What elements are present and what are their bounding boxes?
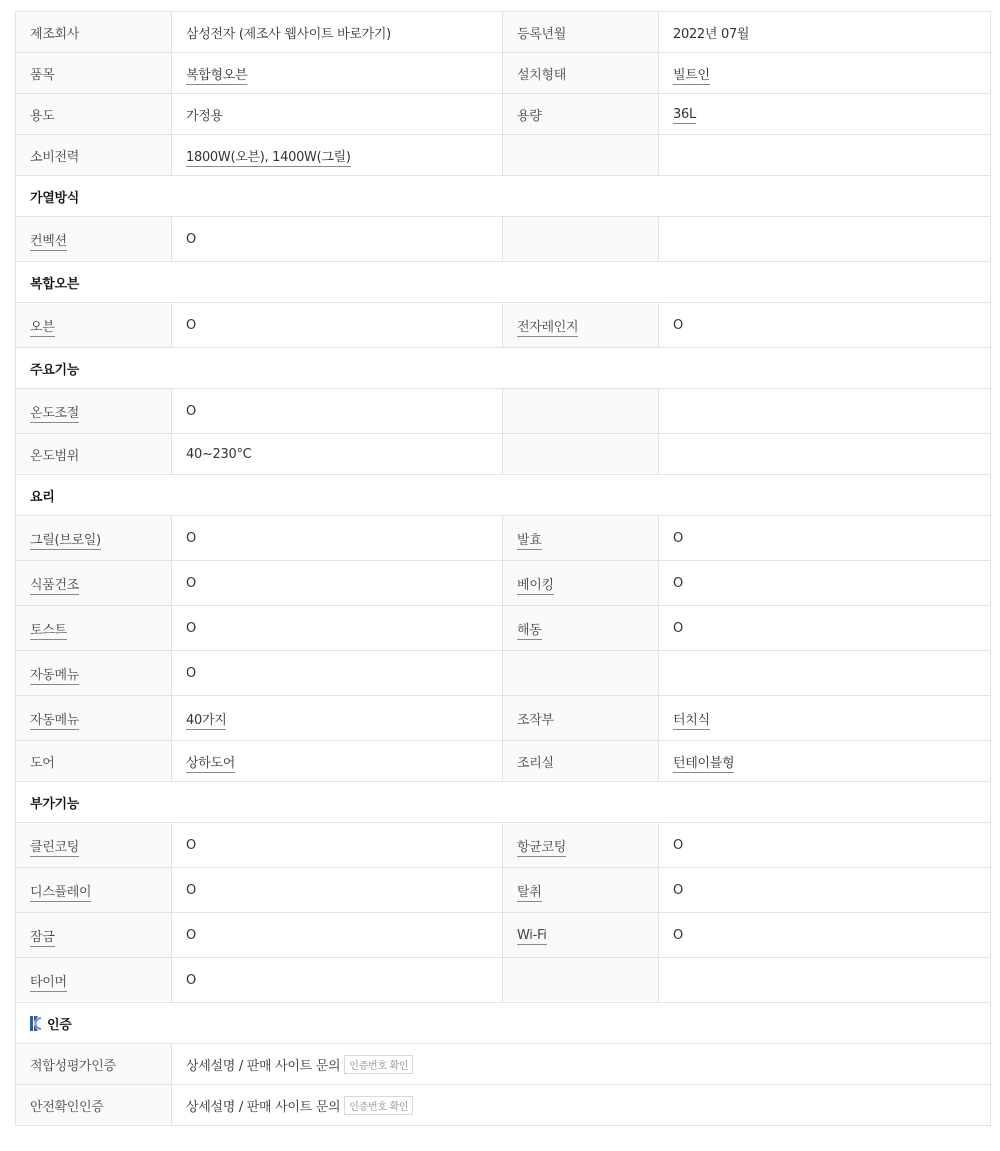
check-cert-number-button[interactable]: 인증번호 확인 — [344, 1096, 413, 1115]
section-combo-oven: 복합오븐 — [16, 262, 991, 303]
value-power-link[interactable]: 1800W(오븐), 1400W(그릴) — [186, 150, 351, 167]
value-auto-menu: O — [172, 651, 503, 696]
label-wifi-link[interactable]: Wi-Fi — [517, 928, 547, 945]
value-lock: O — [172, 913, 503, 958]
value-auto-menu-count-link[interactable]: 40가지 — [186, 713, 226, 730]
section-title-main-features: 주요기능 — [16, 348, 991, 389]
label-temp-control-link[interactable]: 온도조절 — [30, 406, 79, 423]
value-grill: O — [172, 516, 503, 561]
label-auto-menu-link[interactable]: 자동메뉴 — [30, 668, 79, 685]
label-power: 소비전력 — [16, 135, 172, 176]
value-clean-coating: O — [172, 823, 503, 868]
label-ferment-link[interactable]: 발효 — [517, 533, 542, 550]
spec-row-clean-coating: 클린코팅 O 항균코팅 O — [16, 823, 991, 868]
label-timer-link[interactable]: 타이머 — [30, 975, 67, 992]
empty-value-cell — [659, 135, 991, 176]
label-conformity-cert: 적합성평가인증 — [16, 1044, 172, 1085]
label-control-panel: 조작부 — [503, 696, 659, 741]
value-door-link[interactable]: 상하도어 — [186, 756, 235, 773]
label-toast-link[interactable]: 토스트 — [30, 623, 67, 640]
section-title-combo-oven: 복합오븐 — [16, 262, 991, 303]
spec-row-manufacturer: 제조회사 삼성전자 (제조사 웹사이트 바로가기) 등록년월 2022년 07월 — [16, 12, 991, 53]
value-manufacturer[interactable]: 삼성전자 (제조사 웹사이트 바로가기) — [172, 12, 503, 53]
empty-value-cell — [659, 651, 991, 696]
empty-label-cell — [503, 217, 659, 262]
label-baking-link[interactable]: 베이킹 — [517, 578, 554, 595]
label-antibacterial-coating-link[interactable]: 항균코팅 — [517, 840, 566, 857]
empty-label-cell — [503, 958, 659, 1003]
label-convection-link[interactable]: 컨벡션 — [30, 234, 67, 251]
empty-value-cell — [659, 434, 991, 475]
section-title-extra-features: 부가기능 — [16, 782, 991, 823]
value-defrost: O — [659, 606, 991, 651]
section-heating: 가열방식 — [16, 176, 991, 217]
empty-label-cell — [503, 651, 659, 696]
value-install-type-link[interactable]: 빌트인 — [673, 68, 710, 85]
spec-row-temp-range: 온도범위 40~230°C — [16, 434, 991, 475]
label-display-link[interactable]: 디스플레이 — [30, 885, 91, 902]
label-registered: 등록년월 — [503, 12, 659, 53]
value-oven: O — [172, 303, 503, 348]
label-microwave-link[interactable]: 전자레인지 — [517, 320, 578, 337]
value-usage: 가정용 — [172, 94, 503, 135]
empty-value-cell — [659, 389, 991, 434]
label-safety-cert: 안전확인인증 — [16, 1085, 172, 1126]
spec-row-auto-menu-count: 자동메뉴 40가지 조작부 터치식 — [16, 696, 991, 741]
section-main-features: 주요기능 — [16, 348, 991, 389]
spec-row-item: 품목 복합형오븐 설치형태 빌트인 — [16, 53, 991, 94]
label-lock-link[interactable]: 잠금 — [30, 930, 55, 947]
spec-row-safety-cert: 안전확인인증 상세설명 / 판매 사이트 문의인증번호 확인 — [16, 1085, 991, 1126]
label-door: 도어 — [16, 741, 172, 782]
label-auto-menu-count-link[interactable]: 자동메뉴 — [30, 713, 79, 730]
spec-row-usage: 용도 가정용 용량 36L — [16, 94, 991, 135]
spec-row-auto-menu: 자동메뉴 O — [16, 651, 991, 696]
label-capacity: 용량 — [503, 94, 659, 135]
value-conformity-cert: 상세설명 / 판매 사이트 문의 — [186, 1059, 340, 1074]
section-cooking: 요리 — [16, 475, 991, 516]
spec-row-convection: 컨벡션 O — [16, 217, 991, 262]
section-certification: 인증 — [16, 1003, 991, 1044]
label-food-dry-link[interactable]: 식품건조 — [30, 578, 79, 595]
label-grill-link[interactable]: 그릴(브로일) — [30, 533, 101, 550]
value-temp-control: O — [172, 389, 503, 434]
value-antibacterial-coating: O — [659, 823, 991, 868]
kc-mark-icon — [30, 1016, 42, 1031]
value-ferment: O — [659, 516, 991, 561]
spec-row-grill: 그릴(브로일) O 발효 O — [16, 516, 991, 561]
value-control-panel-link[interactable]: 터치식 — [673, 713, 710, 730]
value-wifi: O — [659, 913, 991, 958]
label-defrost-link[interactable]: 해동 — [517, 623, 542, 640]
empty-label-cell — [503, 434, 659, 475]
section-extra-features: 부가기능 — [16, 782, 991, 823]
value-cavity-link[interactable]: 턴테이블형 — [673, 756, 734, 773]
spec-row-lock: 잠금 O Wi-Fi O — [16, 913, 991, 958]
value-display: O — [172, 868, 503, 913]
value-registered: 2022년 07월 — [659, 12, 991, 53]
section-title-heating: 가열방식 — [16, 176, 991, 217]
label-item: 품목 — [16, 53, 172, 94]
spec-table: 제조회사 삼성전자 (제조사 웹사이트 바로가기) 등록년월 2022년 07월… — [15, 11, 991, 1126]
spec-row-toast: 토스트 O 해동 O — [16, 606, 991, 651]
spec-row-door: 도어 상하도어 조리실 턴테이블형 — [16, 741, 991, 782]
empty-label-cell — [503, 135, 659, 176]
label-oven-link[interactable]: 오븐 — [30, 320, 55, 337]
value-timer: O — [172, 958, 503, 1003]
label-temp-range: 온도범위 — [16, 434, 172, 475]
spec-row-temp-control: 온도조절 O — [16, 389, 991, 434]
label-deodorize-link[interactable]: 탈취 — [517, 885, 542, 902]
value-temp-range: 40~230°C — [172, 434, 503, 475]
label-clean-coating-link[interactable]: 클린코팅 — [30, 840, 79, 857]
label-manufacturer: 제조회사 — [16, 12, 172, 53]
value-baking: O — [659, 561, 991, 606]
value-capacity-link[interactable]: 36L — [673, 107, 696, 124]
section-title-certification: 인증 — [47, 1018, 72, 1033]
value-deodorize: O — [659, 868, 991, 913]
label-install-type: 설치형태 — [503, 53, 659, 94]
spec-row-power: 소비전력 1800W(오븐), 1400W(그릴) — [16, 135, 991, 176]
empty-value-cell — [659, 958, 991, 1003]
spec-row-display: 디스플레이 O 탈취 O — [16, 868, 991, 913]
spec-row-conformity-cert: 적합성평가인증 상세설명 / 판매 사이트 문의인증번호 확인 — [16, 1044, 991, 1085]
value-microwave: O — [659, 303, 991, 348]
value-safety-cert: 상세설명 / 판매 사이트 문의 — [186, 1100, 340, 1115]
spec-row-dry: 식품건조 O 베이킹 O — [16, 561, 991, 606]
spec-row-oven: 오븐 O 전자레인지 O — [16, 303, 991, 348]
empty-label-cell — [503, 389, 659, 434]
label-usage: 용도 — [16, 94, 172, 135]
section-title-cooking: 요리 — [16, 475, 991, 516]
value-item-link[interactable]: 복합형오븐 — [186, 68, 247, 85]
value-convection: O — [172, 217, 503, 262]
empty-value-cell — [659, 217, 991, 262]
value-toast: O — [172, 606, 503, 651]
check-cert-number-button[interactable]: 인증번호 확인 — [344, 1055, 413, 1074]
label-cavity: 조리실 — [503, 741, 659, 782]
value-food-dry: O — [172, 561, 503, 606]
spec-row-timer: 타이머 O — [16, 958, 991, 1003]
